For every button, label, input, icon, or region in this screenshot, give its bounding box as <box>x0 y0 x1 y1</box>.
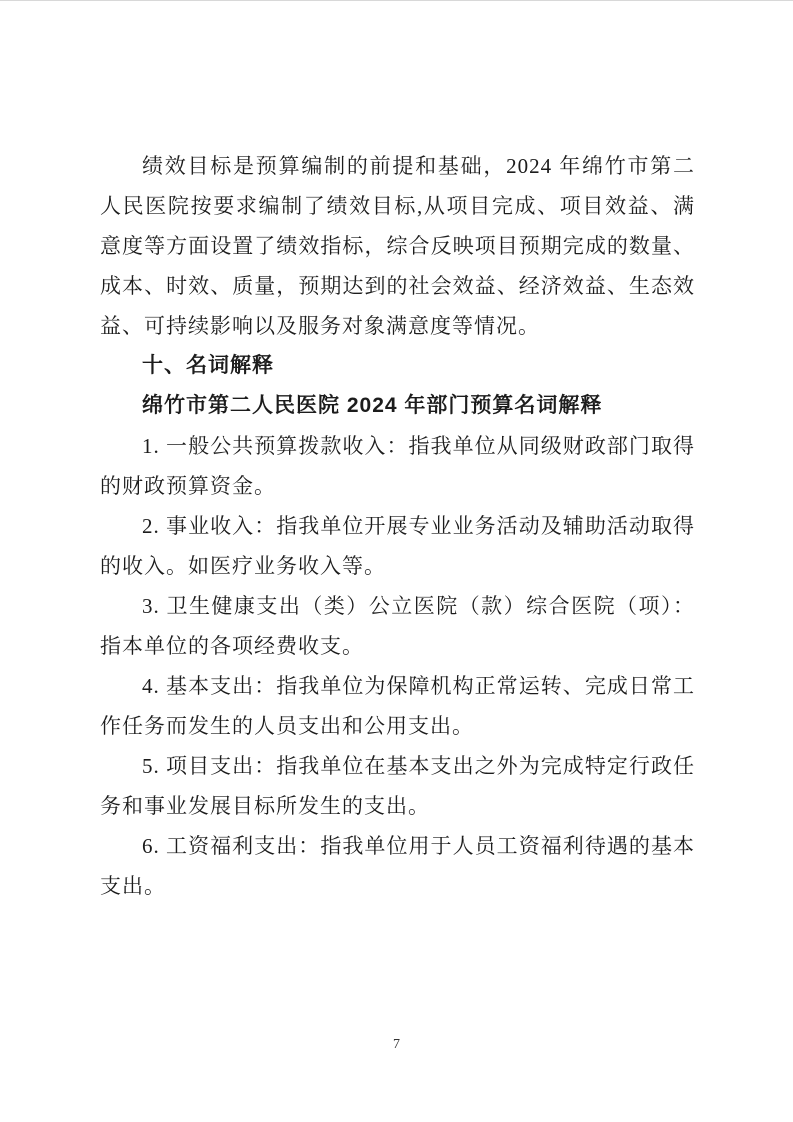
document-content: 绩效目标是预算编制的前提和基础，2024 年绵竹市第二人民医院按要求编制了绩效目… <box>100 146 695 906</box>
page-number: 7 <box>0 1037 793 1053</box>
subsection-title: 绵竹市第二人民医院 2024 年部门预算名词解释 <box>100 386 695 426</box>
term-definition-2: 2. 事业收入：指我单位开展专业业务活动及辅助活动取得的收入。如医疗业务收入等。 <box>100 506 695 586</box>
term-definition-3: 3. 卫生健康支出（类）公立医院（款）综合医院（项）：指本单位的各项经费收支。 <box>100 586 695 666</box>
term-definition-1: 1. 一般公共预算拨款收入：指我单位从同级财政部门取得的财政预算资金。 <box>100 426 695 506</box>
section-heading: 十、名词解释 <box>100 346 695 386</box>
term-definition-5: 5. 项目支出：指我单位在基本支出之外为完成特定行政任务和事业发展目标所发生的支… <box>100 746 695 826</box>
intro-paragraph: 绩效目标是预算编制的前提和基础，2024 年绵竹市第二人民医院按要求编制了绩效目… <box>100 146 695 346</box>
term-definition-4: 4. 基本支出：指我单位为保障机构正常运转、完成日常工作任务而发生的人员支出和公… <box>100 666 695 746</box>
term-definition-6: 6. 工资福利支出：指我单位用于人员工资福利待遇的基本支出。 <box>100 826 695 906</box>
document-page: 绩效目标是预算编制的前提和基础，2024 年绵竹市第二人民医院按要求编制了绩效目… <box>0 0 793 1122</box>
